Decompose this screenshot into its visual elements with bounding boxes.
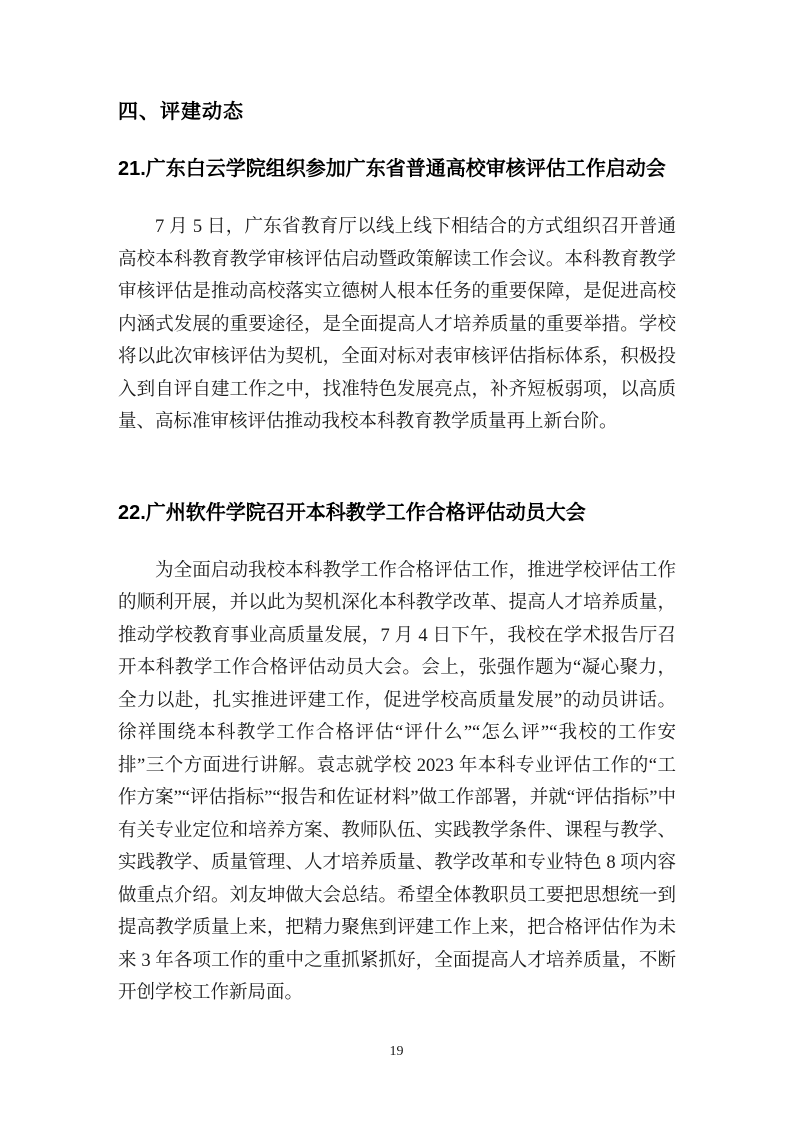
document-content: 四、评建动态 21.广东白云学院组织参加广东省普通高校审核评估工作启动会 7 月… (0, 0, 793, 1010)
page-number: 19 (390, 1044, 404, 1059)
page-footer: 19 (0, 1042, 793, 1060)
document-page: 四、评建动态 21.广东白云学院组织参加广东省普通高校审核评估工作启动会 7 月… (0, 0, 793, 1122)
article-22-body: 为全面启动我校本科教学工作合格评估工作，推进学校评估工作的顺利开展，并以此为契机… (118, 555, 676, 1010)
section-heading: 四、评建动态 (118, 99, 676, 125)
article-22-title: 22.广州软件学院召开本科教学工作合格评估动员大会 (118, 500, 676, 526)
article-21: 21.广东白云学院组织参加广东省普通高校审核评估工作启动会 7 月 5 日，广东… (118, 156, 676, 439)
article-21-title: 21.广东白云学院组织参加广东省普通高校审核评估工作启动会 (118, 156, 676, 182)
article-21-body: 7 月 5 日，广东省教育厅以线上线下相结合的方式组织召开普通高校本科教育教学审… (118, 211, 676, 439)
article-22: 22.广州软件学院召开本科教学工作合格评估动员大会 为全面启动我校本科教学工作合… (118, 500, 676, 1010)
